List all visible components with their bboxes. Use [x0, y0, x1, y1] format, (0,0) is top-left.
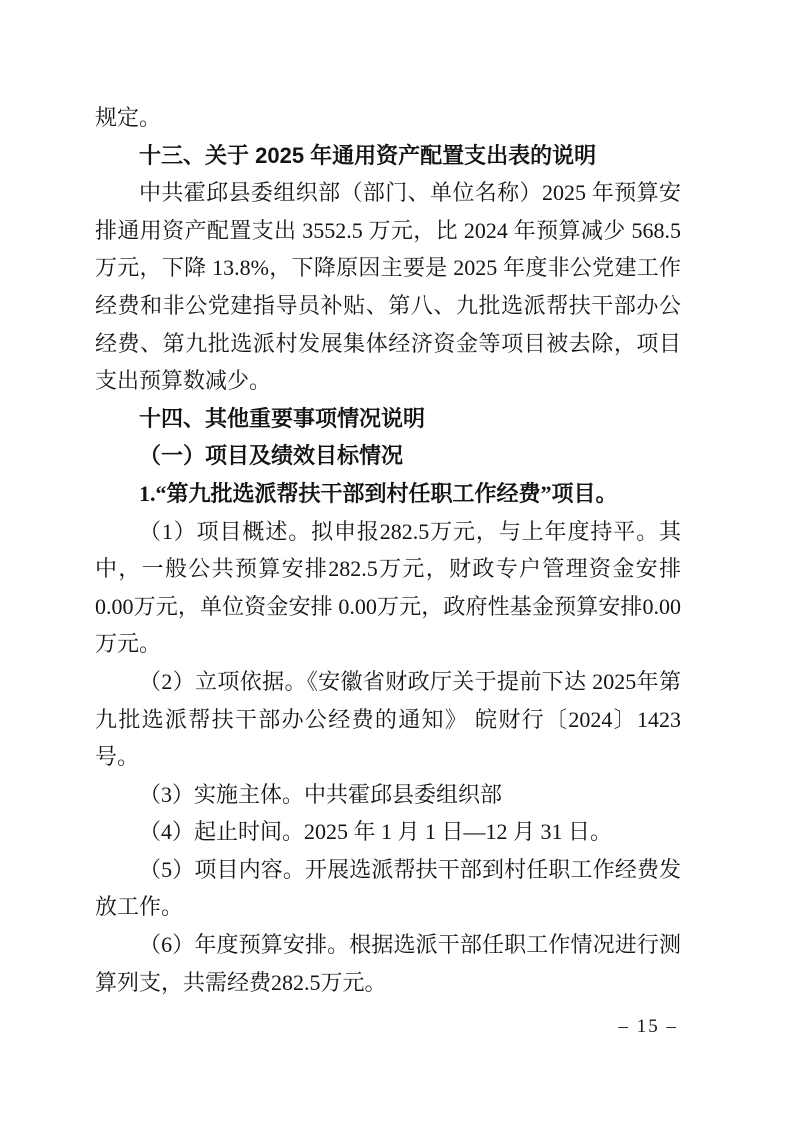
paragraph: （5）项目内容。开展选派帮扶干部到村任职工作经费发放工作。: [95, 851, 681, 926]
section-heading: （一）项目及绩效目标情况: [95, 437, 681, 475]
paragraph: （6）年度预算安排。根据选派干部任职工作情况进行测算列支，共需经费282.5万元…: [95, 926, 681, 1001]
paragraph: （4）起止时间。2025 年 1 月 1 日—12 月 31 日。: [95, 813, 681, 851]
document-body: 规定。十三、关于 2025 年通用资产配置支出表的说明中共霍邱县委组织部（部门、…: [95, 99, 681, 1001]
paragraph: 规定。: [95, 99, 681, 137]
paragraph: （3）实施主体。中共霍邱县委组织部: [95, 776, 681, 814]
page-number: – 15 –: [619, 1016, 679, 1038]
paragraph: （1）项目概述。拟申报282.5万元，与上年度持平。其中，一般公共预算安排282…: [95, 513, 681, 663]
section-heading: 1.“第九批选派帮扶干部到村任职工作经费”项目。: [95, 475, 681, 513]
paragraph: （2）立项依据。《安徽省财政厅关于提前下达 2025年第九批选派帮扶干部办公经费…: [95, 663, 681, 776]
paragraph: 中共霍邱县委组织部（部门、单位名称）2025 年预算安排通用资产配置支出 355…: [95, 174, 681, 400]
section-heading: 十三、关于 2025 年通用资产配置支出表的说明: [95, 137, 681, 175]
section-heading: 十四、其他重要事项情况说明: [95, 400, 681, 438]
document-page: 规定。十三、关于 2025 年通用资产配置支出表的说明中共霍邱县委组织部（部门、…: [0, 0, 793, 1122]
